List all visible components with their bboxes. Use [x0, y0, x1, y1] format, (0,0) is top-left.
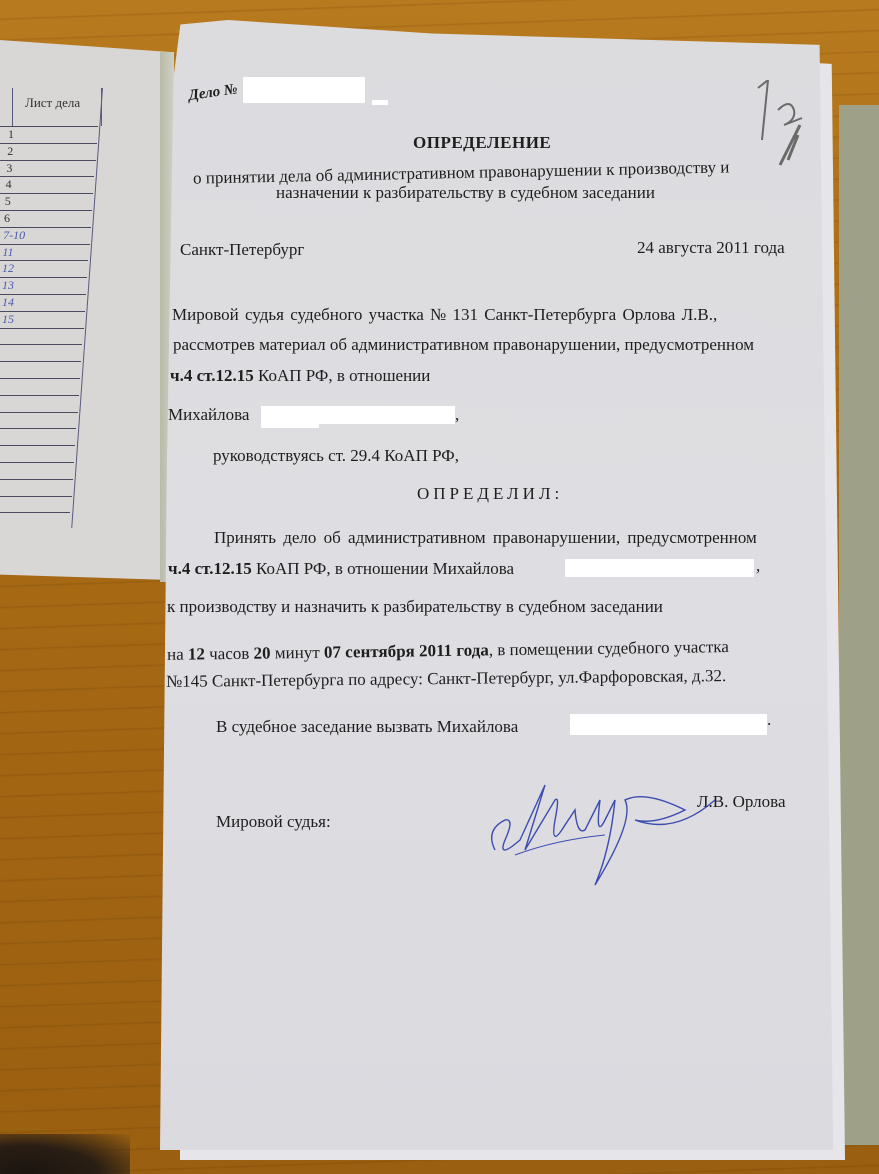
para2-line-2-text: КоАП РФ, в отношении Михайлова: [252, 559, 514, 578]
case-number-redacted-suffix: [372, 100, 388, 105]
t-hours: часов: [205, 644, 254, 664]
document-content: Дело № ОПРЕДЕЛЕНИЕ о принятии дела об ад…: [0, 0, 879, 1174]
para1-line-3: ч.4 ст.12.15 КоАП РФ, в отношении: [170, 366, 430, 386]
handwritten-page-mark: [750, 80, 820, 170]
court-address: №145 Санкт-Петербурга по адресу: Санкт-П…: [166, 666, 726, 692]
guided-by: руководствуясь ст. 29.4 КоАП РФ,: [213, 446, 459, 466]
document-title: ОПРЕДЕЛЕНИЕ: [413, 133, 551, 153]
hearing-hours: 12: [188, 644, 205, 663]
hearing-date: 07 сентября 2011 года: [324, 640, 489, 661]
para1-line-1: Мировой судья судебного участка № 131 Са…: [172, 305, 717, 325]
decided-heading: ОПРЕДЕЛИЛ:: [417, 484, 563, 504]
summon-line: В судебное заседание вызвать Михайлова: [216, 717, 518, 737]
defendant-name-redacted-2: [565, 559, 754, 577]
article-reference-2: ч.4 ст.12.15: [168, 559, 252, 578]
case-number-redacted: [243, 77, 365, 103]
t-location: , в помещении судебного участка: [489, 637, 729, 659]
signature-role: Мировой судья:: [216, 812, 331, 832]
document-date: 24 августа 2011 года: [637, 238, 785, 258]
city: Санкт-Петербург: [180, 240, 304, 260]
hearing-minutes: 20: [253, 643, 270, 662]
summon-period: .: [767, 710, 771, 730]
subtitle-line-2: назначении к разбирательству в судебном …: [276, 183, 655, 203]
para1-line-3-text: КоАП РФ, в отношении: [254, 366, 431, 385]
para1-line-2: рассмотрев материал об административном …: [173, 335, 754, 355]
handwritten-signature: [485, 780, 715, 895]
defendant-comma: ,: [455, 405, 459, 425]
defendant-name-redacted-tail: [261, 420, 319, 428]
para2-line-1: Принять дело об административном правона…: [214, 528, 757, 548]
defendant-name-redacted-3: [570, 714, 767, 735]
para2-line-3: к производству и назначить к разбиратель…: [167, 597, 663, 617]
hearing-time: на 12 часов 20 минут 07 сентября 2011 го…: [167, 637, 729, 665]
t-na: на: [167, 645, 188, 664]
case-number-label: Дело №: [188, 81, 239, 105]
para2-comma: ,: [756, 556, 760, 576]
defendant-name: Михайлова: [168, 405, 249, 425]
para2-line-2: ч.4 ст.12.15 КоАП РФ, в отношении Михайл…: [168, 559, 514, 579]
t-minutes: минут: [270, 643, 324, 663]
article-reference: ч.4 ст.12.15: [170, 366, 254, 385]
